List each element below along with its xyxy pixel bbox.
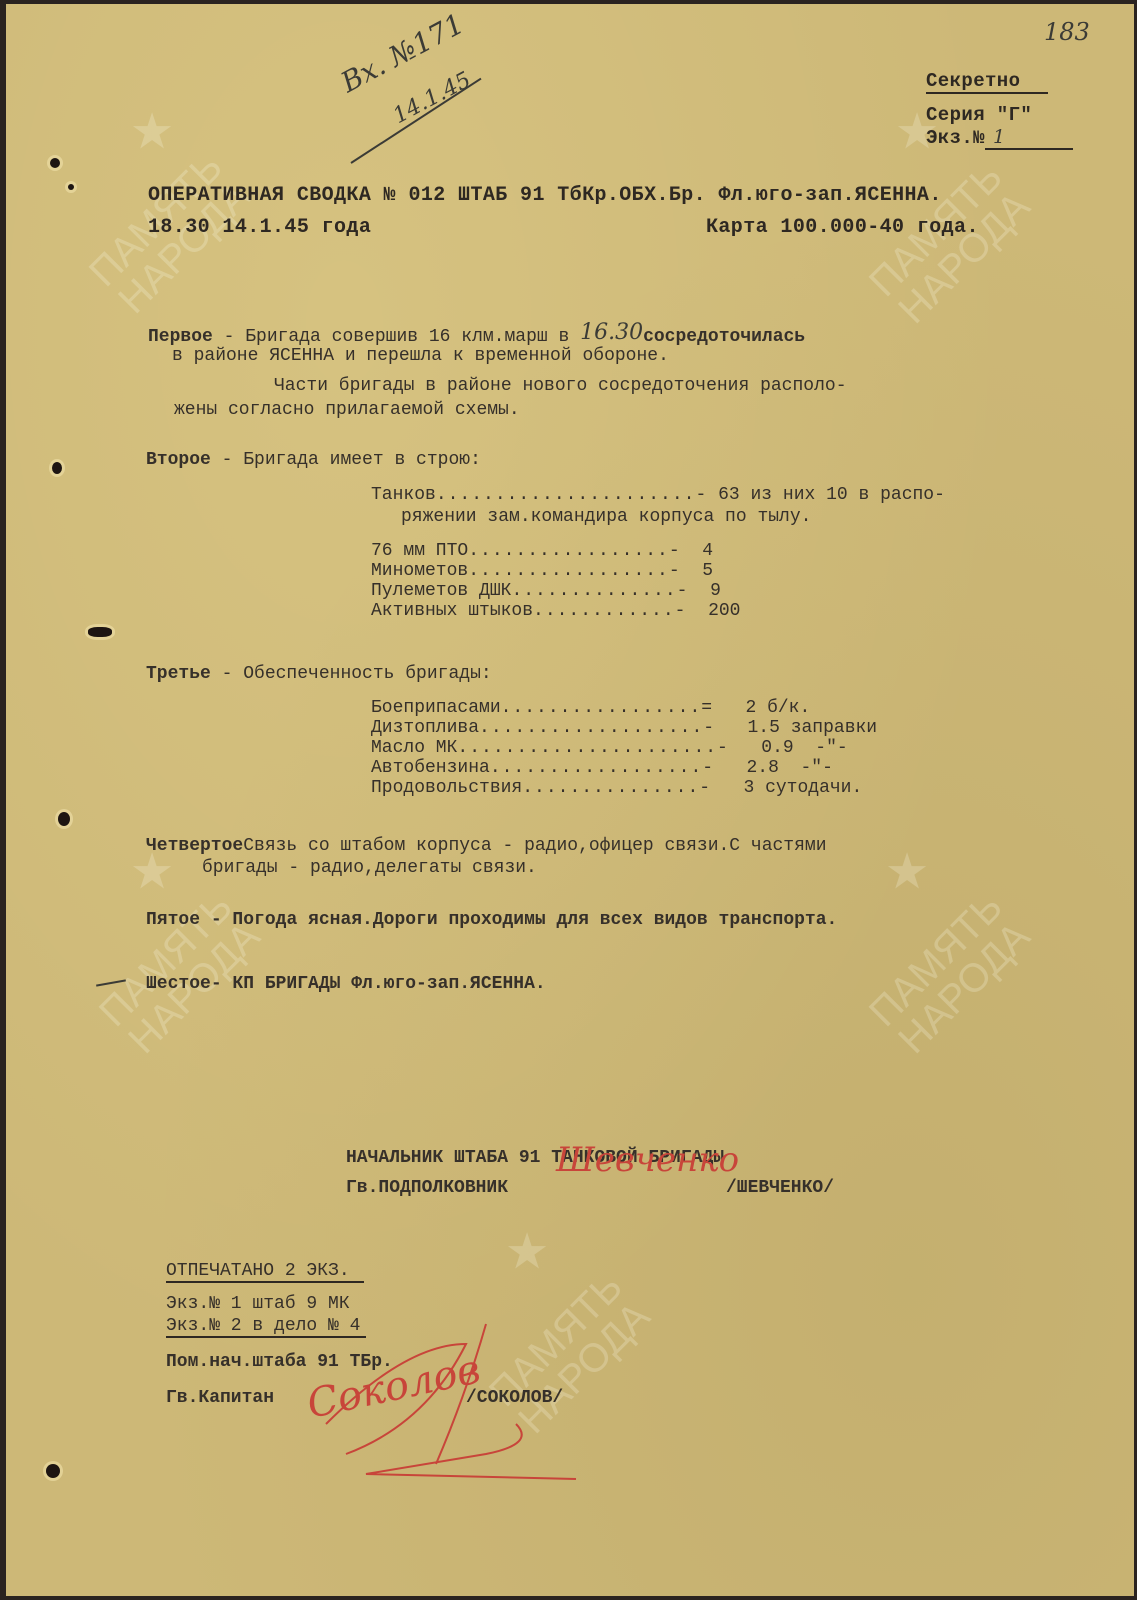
incoming-date-note: 14.1.45 [389,67,475,129]
punch-hole [68,184,74,190]
report-title: ОПЕРАТИВНАЯ СВОДКА № 012 ШТАБ 91 ТбКр.ОБ… [148,184,942,207]
supply-row-gasoline: Автобензина..................- 2.8 -"- [371,758,833,778]
section-third: Третье - Обеспеченность бригады: [146,664,492,684]
chief-of-staff-rank: Гв.ПОДПОЛКОВНИК [346,1178,508,1198]
report-time-date: 18.30 14.1.45 года [148,216,371,239]
assistant-chief-rank: Гв.Капитан [166,1388,274,1408]
supply-row-oil: Масло МК......................- 0.9 -"- [371,738,848,758]
inventory-row-mortars: Минометов.................- 5 [371,561,713,581]
section-first-para2-line2: жены согласно прилагаемой схемы. [174,400,520,420]
punch-hole [50,158,60,168]
archival-document-page: ★ ПАМЯТЬ НАРОДА ★ ПАМЯТЬ НАРОДА ★ ПАМЯТЬ… [6,4,1134,1596]
inventory-tanks-continuation: ряжении зам.командира корпуса по тылу. [401,507,811,527]
margin-mark [96,979,126,986]
secrecy-stamp: Секретно [926,70,1048,94]
supply-row-provisions: Продовольствия...............- 3 сутодач… [371,778,862,798]
inventory-row-bayonets: Активных штыков............- 200 [371,601,740,621]
watermark-star-icon: ★ [506,1204,548,1291]
inventory-row-machine-guns: Пулеметов ДШК..............- 9 [371,581,721,601]
copy-label: Экз.№1 [926,126,1073,150]
section-second: Второе - Бригада имеет в строю: [146,450,481,470]
section-first: Первое - Бригада совершив 16 клм.марш в … [148,322,805,347]
watermark-text: ПАМЯТЬ НАРОДА [862,156,1038,332]
section-sixth: Шестое- КП БРИГАДЫ Фл.юго-зап.ЯСЕННА. [146,974,546,994]
section-fourth-line2: бригады - радио,делегаты связи. [202,858,537,878]
watermark-star-icon: ★ [886,824,928,911]
supply-row-ammunition: Боеприпасами.................= 2 б/к. [371,698,810,718]
signature-flourish [286,1304,586,1484]
punch-hole [88,627,112,637]
inventory-row-tanks: Танков......................- 63 из них … [371,485,945,505]
page-number: 183 [1044,18,1090,46]
punch-hole [52,462,62,474]
copies-printed: ОТПЕЧАТАНО 2 ЭКЗ. [166,1261,364,1283]
supply-row-diesel: Дизтоплива...................- 1.5 запра… [371,718,877,738]
series-label: Серия "Г" [926,104,1032,126]
punch-hole [58,812,70,826]
watermark-star-icon: ★ [131,84,173,171]
section-fifth: Пятое - Погода ясная.Дороги проходимы дл… [146,910,837,930]
watermark-text: ПАМЯТЬ НАРОДА [862,886,1038,1062]
inventory-row-at-guns: 76 мм ПТО.................- 4 [371,541,713,561]
chief-of-staff-name: /ШЕВЧЕНКО/ [726,1178,834,1198]
section-fourth: ЧетвертоеСвязь со штабом корпуса - радио… [146,836,827,856]
section-first-line2: в районе ЯСЕННА и перешла к временной об… [172,346,669,366]
punch-hole [46,1464,60,1478]
section-first-para2-line1: Части бригады в районе нового сосредоточ… [274,376,847,396]
map-reference: Карта 100.000-40 года. [706,216,979,239]
chief-of-staff-signature: Шевченко [556,1140,739,1180]
